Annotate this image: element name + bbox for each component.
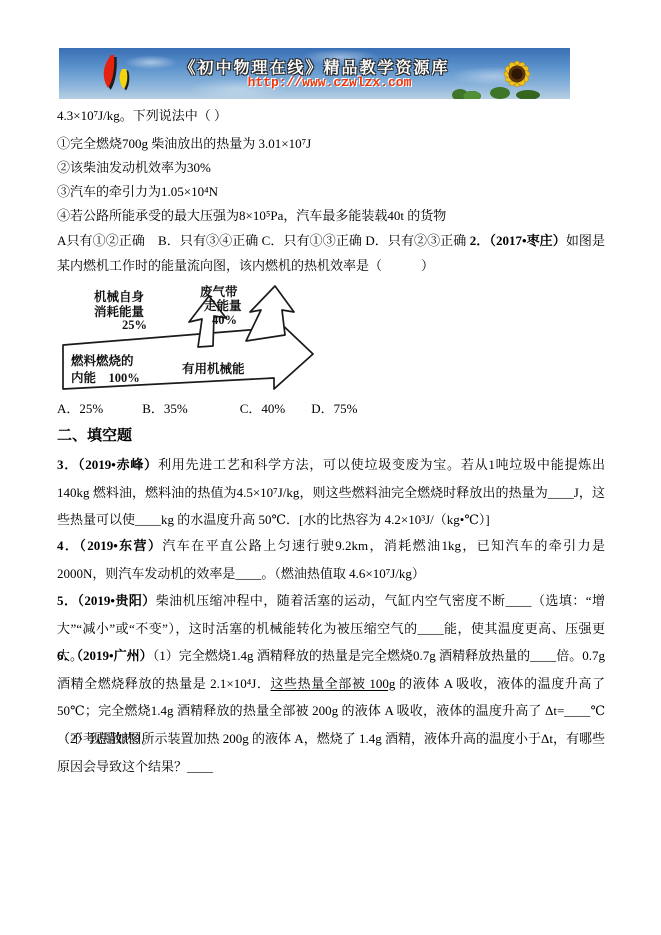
q6-number-label: 6．（2019•广州） [57,648,153,663]
q1-statement-4-text: ④若公路所能承受的最大压强为8×10⁵Pa，汽车最多能装载40t 的货物 [57,208,446,223]
q1-options-text: A只有①②正确 B．只有③④正确 C．只有①③正确 D．只有②③正确 [57,233,470,248]
diagram-label-self-line1: 机械自身 [94,289,145,304]
q1-intro-text: 4.3×10⁷J/kg。下列说法中（ ） [57,108,227,123]
q6-underlined-text: 这些热量全部被 100g [270,676,395,691]
q1-statement-3: ③汽车的牵引力为1.05×10⁴N [57,180,605,204]
q1-statement-4: ④若公路所能承受的最大压强为8×10⁵Pa，汽车最多能装载40t 的货物 [57,204,605,228]
q6-part2-text: （2）现用如图所示装置加热 200g 的液体 A，燃烧了 1.4g 酒精，液体升… [57,731,605,774]
question-3: 3．（2019•赤峰）利用先进工艺和科学方法，可以使垃圾变废为宝。若从1吨垃圾中… [57,451,605,534]
q1-statement-3-text: ③汽车的牵引力为1.05×10⁴N [57,184,218,199]
diagram-label-exhaust-percent: 40% [212,313,237,327]
diagram-label-fuel-line1: 燃料燃烧的 [70,353,134,368]
q1-statement-1-text: ①完全燃烧700g 柴油放出的热量为 3.01×10⁷J [57,136,311,151]
q1-statement-2: ②该柴油发动机效率为30% [57,156,605,180]
q3-number-label: 3．（2019•赤峰） [57,457,158,472]
diagram-label-self-percent: 25% [122,318,147,332]
site-banner: 《初中物理在线》精品教学资源库 http://www.czwlzx.com [59,48,570,99]
question-4: 4．（2019•东营）汽车在平直公路上匀速行驶9.2km，消耗燃油1kg，已知汽… [57,532,605,587]
q4-number-label: 4．（2019•东营） [57,538,162,553]
q2-number-label: 2．（2017•枣庄） [470,233,566,248]
worksheet-page: 《初中物理在线》精品教学资源库 http://www.czwlzx.com [0,0,661,935]
q2-options-text: A．25% B．35% C．40% D．75% [57,401,357,416]
diagram-label-exhaust-line1: 废气带 [200,284,238,299]
diagram-label-useful: 有用机械能 [182,361,245,376]
section-2-heading: 二、填空题 [57,424,257,448]
energy-flow-diagram: 机械自身 消耗能量 25% 废气带 走能量 40% 燃料燃烧的 内能 100% … [60,283,322,397]
q1-options-and-q2-intro: A只有①②正确 B．只有③④正确 C．只有①③正确 D．只有②③正确 2．（20… [57,229,605,278]
q1-intro-line: 4.3×10⁷J/kg。下列说法中（ ） [57,104,605,128]
question-6-part2: （2）现用如图所示装置加热 200g 的液体 A，燃烧了 1.4g 酒精，液体升… [57,725,605,780]
bush-decoration-icon [452,83,482,99]
diagram-label-self-line2: 消耗能量 [94,304,145,319]
q5-number-label: 5．（2019•贵阳） [57,593,156,608]
diagram-label-exhaust-line2: 走能量 [203,298,242,313]
sunflower-icon [488,51,542,99]
q1-statement-1: ①完全燃烧700g 柴油放出的热量为 3.01×10⁷J [57,132,605,156]
q2-options-line: A．25% B．35% C．40% D．75% [57,397,605,421]
diagram-label-fuel-line2: 内能 100% [71,370,140,385]
q1-statement-2-text: ②该柴油发动机效率为30% [57,160,211,175]
